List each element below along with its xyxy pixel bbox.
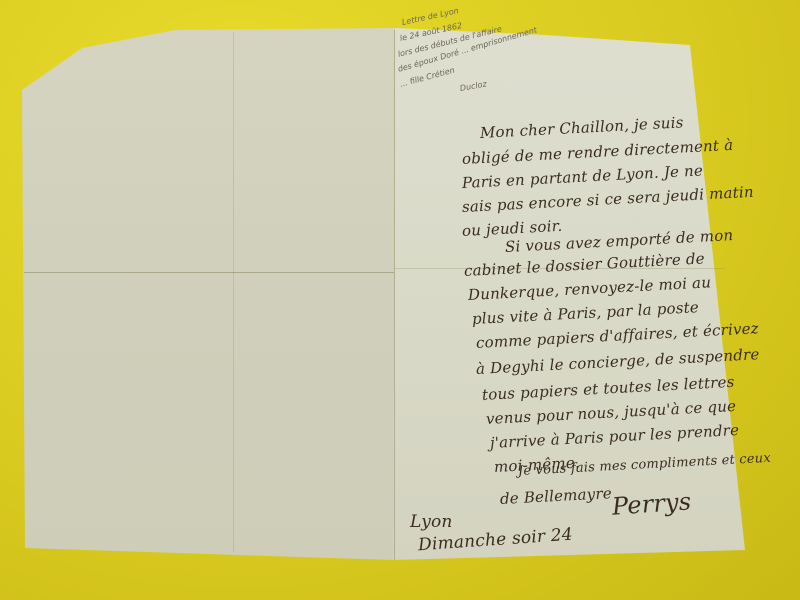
left-fold-line: [233, 32, 234, 552]
horizontal-fold-left: [24, 272, 394, 273]
place: Lyon: [410, 512, 453, 532]
letter-document: Lettre de Lyon le 24 août 1862 lors des …: [0, 0, 800, 600]
center-fold: [394, 30, 395, 560]
signature: Perrys: [611, 487, 692, 520]
